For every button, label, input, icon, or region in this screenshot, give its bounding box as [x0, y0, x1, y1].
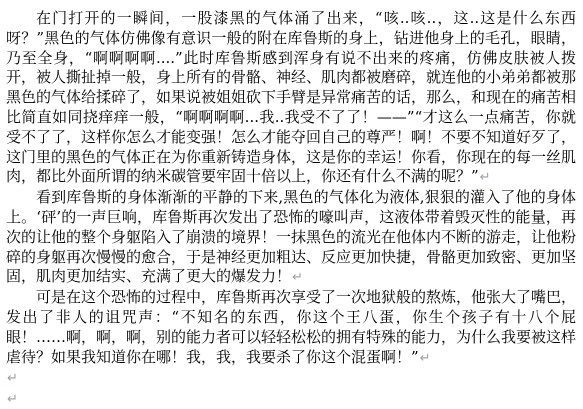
paragraph-mark-icon: ↵: [479, 170, 491, 185]
paragraph-mark-icon: ↵: [419, 351, 431, 366]
paragraph-mark-icon: ↵: [6, 392, 18, 407]
paragraph: ↵: [6, 389, 576, 409]
paragraph: 在门打开的一瞬间，一股漆黑的气体涌了出来，“咳..咳..，这..这是什么东西呀？…: [6, 9, 576, 188]
paragraph-text: 可是在这个恐怖的过程中，库鲁斯再次享受了一次地狱般的熬炼，他张大了嘴巴，发出了非…: [6, 288, 576, 365]
paragraph-mark-icon: ↵: [6, 371, 18, 386]
paragraph: ↵: [6, 368, 576, 389]
paragraph: 看到库鲁斯的身体渐渐的平静的下来,黑色的气体化为液体,狠狠的灌入了他的身体上。‘…: [6, 188, 576, 288]
paragraph-text: 在门打开的一瞬间，一股漆黑的气体涌了出来，“咳..咳..，这..这是什么东西呀？…: [6, 9, 576, 185]
paragraph-mark-icon: ↵: [291, 270, 303, 285]
paragraph: 可是在这个恐怖的过程中，库鲁斯再次享受了一次地狱般的熬炼，他张大了嘴巴，发出了非…: [6, 288, 576, 368]
document-page: 在门打开的一瞬间，一股漆黑的气体涌了出来，“咳..咳..，这..这是什么东西呀？…: [0, 0, 583, 409]
document-body[interactable]: 在门打开的一瞬间，一股漆黑的气体涌了出来，“咳..咳..，这..这是什么东西呀？…: [6, 9, 576, 409]
